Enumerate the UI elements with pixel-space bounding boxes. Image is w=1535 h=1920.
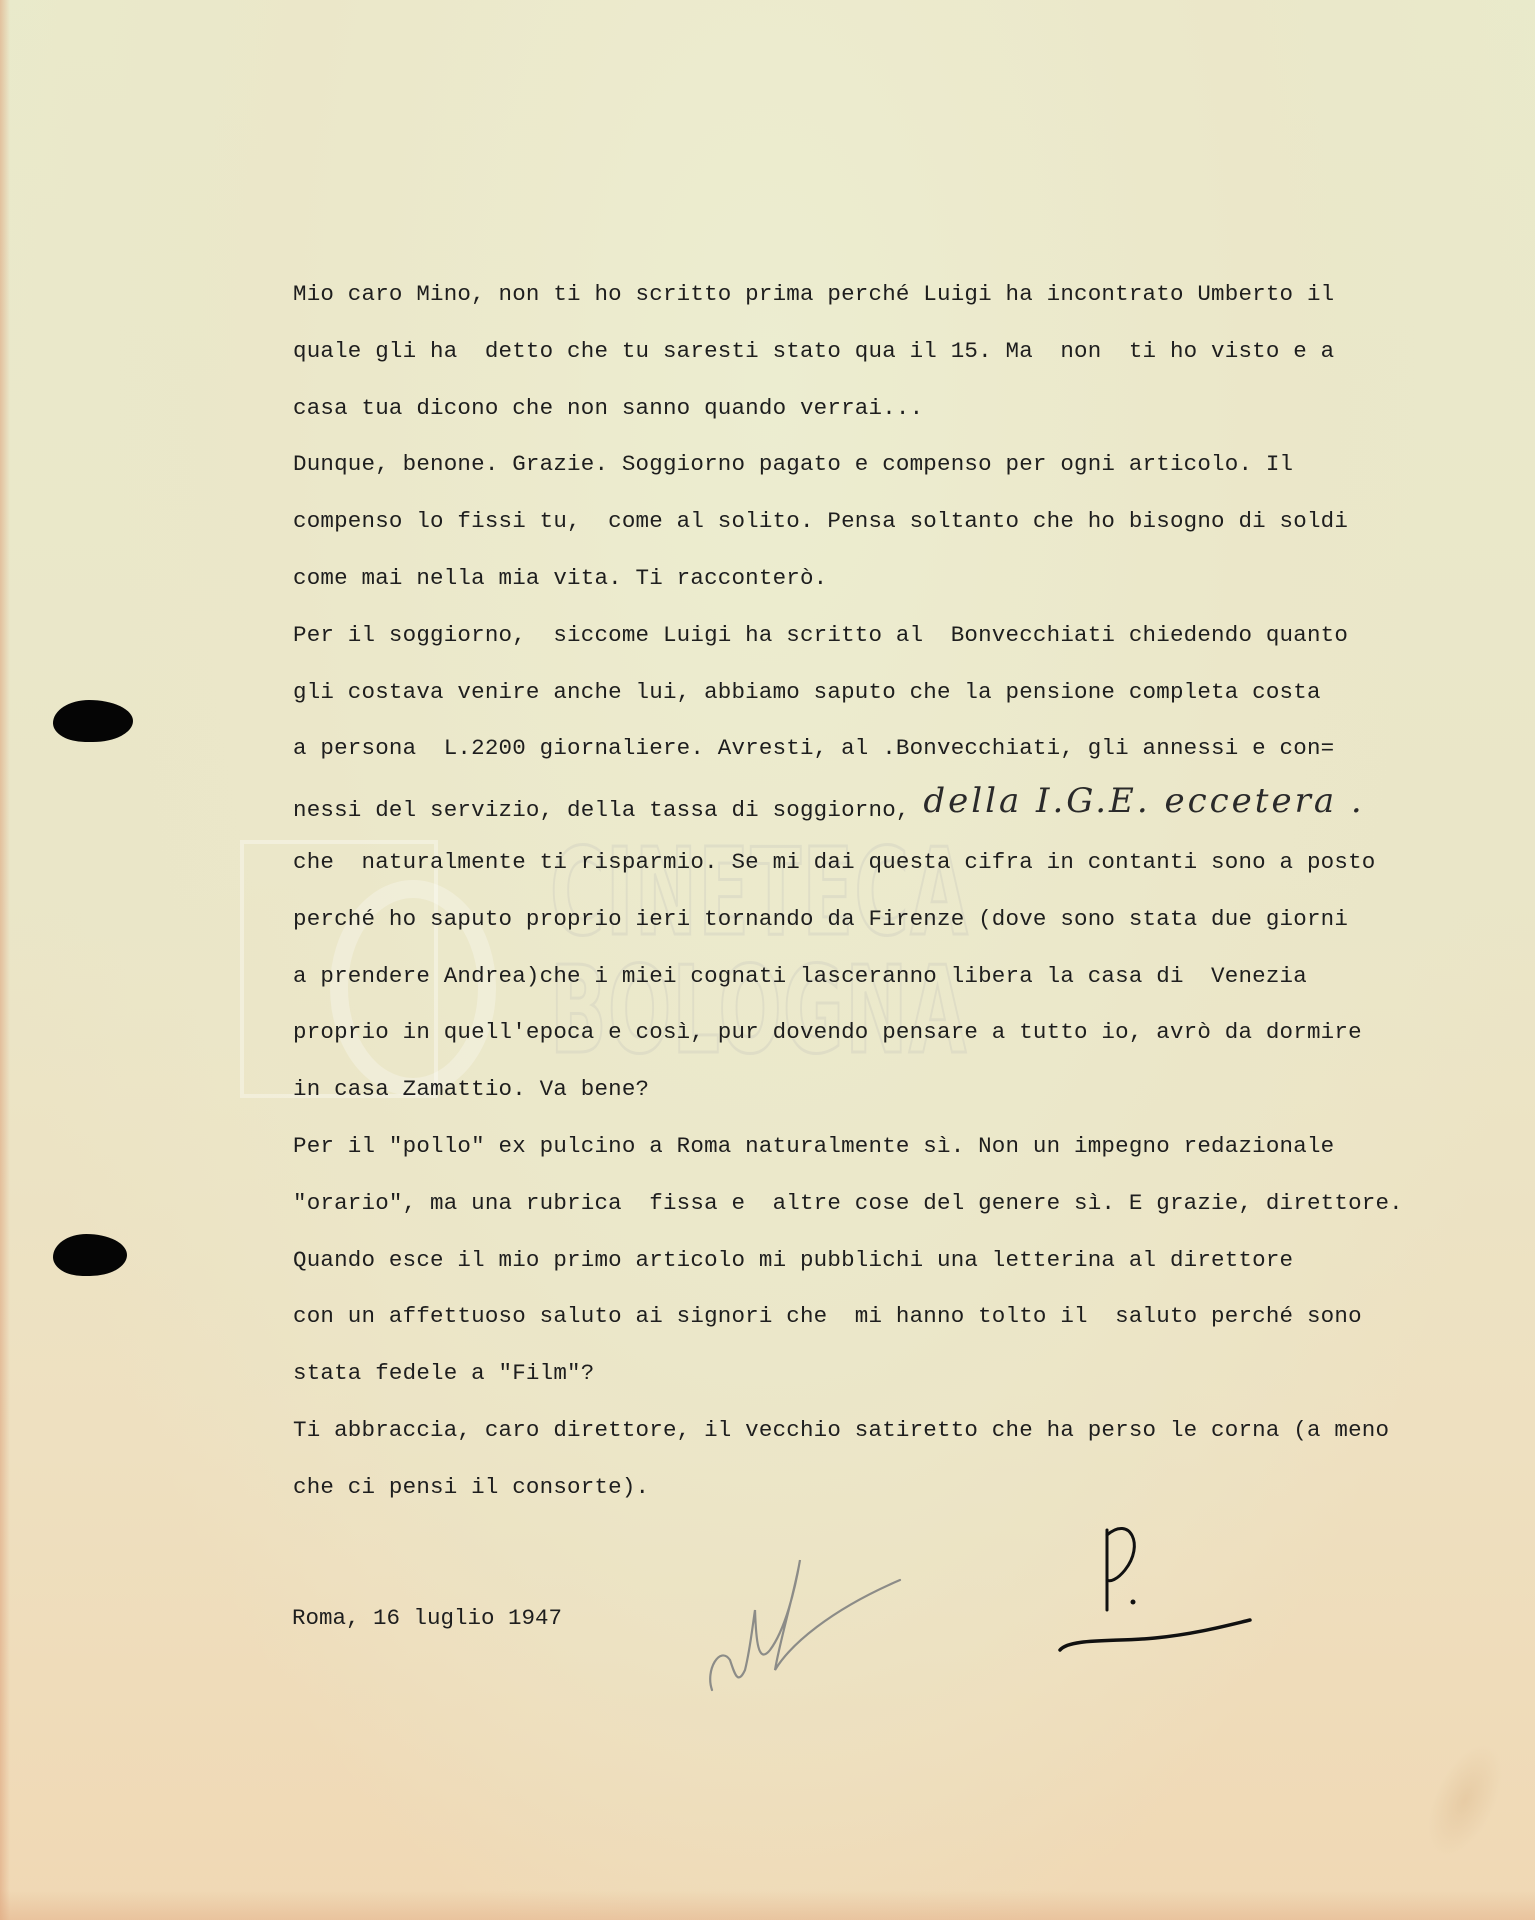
body-line: gli costava venire anche lui, abbiamo sa… [293, 664, 1473, 721]
body-line: a persona L.2200 giornaliere. Avresti, a… [293, 720, 1473, 777]
date-line: Roma, 16 luglio 1947 [292, 1605, 562, 1631]
punch-hole-top [53, 700, 133, 742]
body-line: Ti abbraccia, caro direttore, il vecchio… [293, 1402, 1473, 1459]
letter-body: Mio caro Mino, non ti ho scritto prima p… [293, 266, 1473, 1516]
letter-page: CINETECA BOLOGNA Mio caro Mino, non ti h… [0, 0, 1535, 1920]
paper-edge-left [0, 0, 10, 1920]
paper-edge-bottom [0, 1890, 1535, 1920]
body-line: con un affettuoso saluto ai signori che … [293, 1288, 1473, 1345]
body-line: "orario", ma una rubrica fissa e altre c… [293, 1175, 1473, 1232]
body-line-with-insert: nessi del servizio, della tassa di soggi… [293, 777, 1473, 834]
body-line: casa tua dicono che non sanno quando ver… [293, 380, 1473, 437]
body-line: Quando esce il mio primo articolo mi pub… [293, 1232, 1473, 1289]
body-line: che ci pensi il consorte). [293, 1459, 1473, 1516]
body-line: Per il "pollo" ex pulcino a Roma natural… [293, 1118, 1473, 1175]
body-line-text: nessi del servizio, della tassa di soggi… [293, 797, 923, 823]
body-line: compenso lo fissi tu, come al solito. Pe… [293, 493, 1473, 550]
body-line: che naturalmente ti risparmio. Se mi dai… [293, 834, 1473, 891]
body-line: perché ho saputo proprio ieri tornando d… [293, 891, 1473, 948]
body-line: Per il soggiorno, siccome Luigi ha scrit… [293, 607, 1473, 664]
paper-stain [1412, 1733, 1517, 1867]
body-line: in casa Zamattio. Va bene? [293, 1061, 1473, 1118]
pencil-signature-icon [700, 1550, 920, 1700]
body-line: proprio in quell'epoca e così, pur doven… [293, 1004, 1473, 1061]
body-line: quale gli ha detto che tu saresti stato … [293, 323, 1473, 380]
ink-initial-signature-icon [1055, 1510, 1255, 1670]
body-line: a prendere Andrea)che i miei cognati las… [293, 948, 1473, 1005]
handwritten-insert: della I.G.E. eccetera . [923, 781, 1364, 821]
body-line: stata fedele a "Film"? [293, 1345, 1473, 1402]
body-line: come mai nella mia vita. Ti racconterò. [293, 550, 1473, 607]
body-line: Mio caro Mino, non ti ho scritto prima p… [293, 266, 1473, 323]
body-line: Dunque, benone. Grazie. Soggiorno pagato… [293, 436, 1473, 493]
punch-hole-bottom [53, 1234, 127, 1276]
